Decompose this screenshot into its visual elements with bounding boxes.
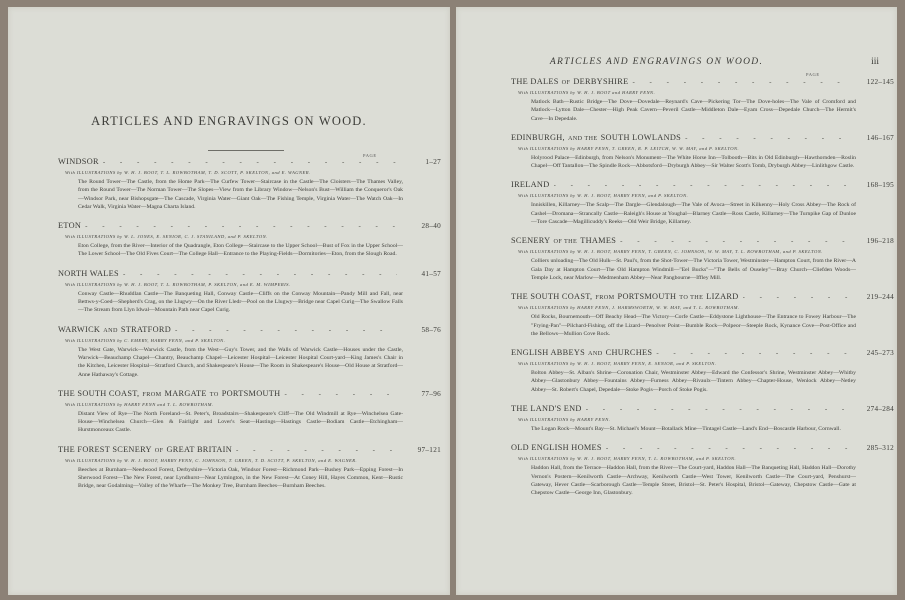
table-of-contents: THE DALES OF DERBYSHIRE - - - - - - - - … bbox=[511, 77, 856, 508]
toc-entry: THE DALES OF DERBYSHIRE - - - - - - - - … bbox=[511, 77, 856, 123]
entry-title: EDINBURGH, bbox=[511, 133, 565, 142]
engravings-list: Distant View of Rye—The North Foreland—S… bbox=[78, 410, 403, 435]
entry-title-connector: FROM bbox=[595, 294, 614, 301]
entry-title-connector: AND bbox=[588, 350, 603, 357]
illustrators-line: With ILLUSTRATIONS by HARRY FENN, J. HAR… bbox=[518, 304, 856, 312]
left-page: ARTICLES AND ENGRAVINGS ON WOOD. PAGE WI… bbox=[8, 7, 450, 595]
folio-number: iii bbox=[871, 57, 879, 67]
entry-title-continued: LIZARD bbox=[706, 292, 738, 301]
entry-heading: WARWICK AND STRATFORD - - - - - - - - - … bbox=[58, 325, 403, 336]
entry-title-connector: AND THE bbox=[568, 135, 598, 142]
engravings-list: Colliers unloading—The Old Hulk—St. Paul… bbox=[531, 257, 856, 282]
entry-title-continued: PORTSMOUTH bbox=[618, 292, 677, 301]
entry-heading: EDINBURGH, AND THE SOUTH LOWLANDS - - - … bbox=[511, 133, 856, 144]
illustrators-line: With ILLUSTRATIONS by HARRY FENN, T. GRE… bbox=[518, 145, 856, 153]
entry-heading: ENGLISH ABBEYS AND CHURCHES - - - - - - … bbox=[511, 348, 856, 359]
dot-leader: - - - - - - - - - - - - - - - - - - - - … bbox=[123, 270, 397, 278]
entry-title: IRELAND bbox=[511, 180, 550, 189]
engravings-list: Beeches at Burnham—Needwood Forest, Derb… bbox=[78, 466, 403, 491]
entry-title-connector: TO THE bbox=[679, 294, 703, 301]
dot-leader: - - - - - - - - - - - - - - - - - - - - … bbox=[175, 326, 397, 334]
entry-title-continued: PORTSMOUTH bbox=[222, 389, 281, 398]
entry-heading: THE SOUTH COAST, FROM PORTSMOUTH TO THE … bbox=[511, 292, 856, 303]
page-range: 146–167 bbox=[854, 134, 894, 142]
right-page: ARTICLES AND ENGRAVINGS ON WOOD. iii PAG… bbox=[456, 7, 897, 595]
toc-entry: WARWICK AND STRATFORD - - - - - - - - - … bbox=[58, 325, 403, 379]
entry-title: WINDSOR bbox=[58, 157, 99, 166]
dot-leader: - - - - - - - - - - - - - - - - - - - - … bbox=[656, 349, 850, 357]
entry-title-continued: SOUTH LOWLANDS bbox=[601, 133, 681, 142]
entry-title: THE LAND'S END bbox=[511, 404, 582, 413]
entry-title: OLD ENGLISH HOMES bbox=[511, 443, 602, 452]
entry-title-connector: TO bbox=[210, 391, 219, 398]
dot-leader: - - - - - - - - - - - - - - - - - - - - … bbox=[620, 237, 850, 245]
table-of-contents: WINDSOR - - - - - - - - - - - - - - - - … bbox=[58, 157, 403, 501]
engravings-list: Old Rocks, Bournemouth—Off Beachy Head—T… bbox=[531, 313, 856, 338]
engravings-list: The Round Tower—The Castle, from the Hom… bbox=[78, 178, 403, 211]
entry-title-continued: CHURCHES bbox=[606, 348, 653, 357]
toc-entry: ENGLISH ABBEYS AND CHURCHES - - - - - - … bbox=[511, 348, 856, 394]
entry-heading: OLD ENGLISH HOMES - - - - - - - - - - - … bbox=[511, 443, 856, 454]
engravings-list: Haddon Hall, from the Terrace—Haddon Hal… bbox=[531, 464, 856, 497]
illustrators-line: With ILLUSTRATIONS by HARRY FENN and T. … bbox=[65, 401, 403, 409]
page-range: 41–57 bbox=[401, 270, 441, 278]
toc-entry: EDINBURGH, AND THE SOUTH LOWLANDS - - - … bbox=[511, 133, 856, 171]
illustrators-line: With ILLUSTRATIONS by W. H. J. BOOT, HAR… bbox=[65, 457, 403, 465]
entry-title-continued: DERBYSHIRE bbox=[573, 77, 628, 86]
toc-entry: WINDSOR - - - - - - - - - - - - - - - - … bbox=[58, 157, 403, 211]
illustrators-line: With ILLUSTRATIONS by W. H. J. BOOT and … bbox=[518, 89, 856, 97]
entry-title-connector: FROM bbox=[142, 391, 161, 398]
engravings-list: Matlock Bath—Rustic Bridge—The Dove—Dove… bbox=[531, 98, 856, 123]
entry-heading: ETON - - - - - - - - - - - - - - - - - -… bbox=[58, 221, 403, 232]
illustrators-line: With ILLUSTRATIONS by HARRY FENN. bbox=[518, 416, 856, 424]
entry-title-continued: MARGATE bbox=[165, 389, 207, 398]
engravings-list: Holyrood Palace—Edinburgh, from Nelson's… bbox=[531, 154, 856, 171]
toc-entry: NORTH WALES - - - - - - - - - - - - - - … bbox=[58, 269, 403, 315]
toc-entry: THE SOUTH COAST, FROM MARGATE TO PORTSMO… bbox=[58, 389, 403, 435]
entry-heading: NORTH WALES - - - - - - - - - - - - - - … bbox=[58, 269, 403, 280]
entry-title-continued: GREAT BRITAIN bbox=[166, 445, 232, 454]
entry-heading: THE LAND'S END - - - - - - - - - - - - -… bbox=[511, 404, 856, 415]
page-range: 274–284 bbox=[854, 405, 894, 413]
toc-entry: THE LAND'S END - - - - - - - - - - - - -… bbox=[511, 404, 856, 433]
entry-heading: THE DALES OF DERBYSHIRE - - - - - - - - … bbox=[511, 77, 856, 88]
entry-heading: IRELAND - - - - - - - - - - - - - - - - … bbox=[511, 180, 856, 191]
engravings-list: Bolton Abbey—St. Alban's Shrine—Coronati… bbox=[531, 369, 856, 394]
entry-heading: WINDSOR - - - - - - - - - - - - - - - - … bbox=[58, 157, 403, 168]
toc-entry: THE SOUTH COAST, FROM PORTSMOUTH TO THE … bbox=[511, 292, 856, 338]
page-range: 1–27 bbox=[401, 158, 441, 166]
illustrators-line: With ILLUSTRATIONS by W. H. J. BOOT, HAR… bbox=[518, 248, 856, 256]
toc-entry: OLD ENGLISH HOMES - - - - - - - - - - - … bbox=[511, 443, 856, 497]
page-range: 168–195 bbox=[854, 181, 894, 189]
dot-leader: - - - - - - - - - - - - - - - - - - - - … bbox=[103, 158, 397, 166]
running-head: ARTICLES AND ENGRAVINGS ON WOOD. bbox=[456, 57, 857, 67]
entry-heading: THE FOREST SCENERY OF GREAT BRITAIN - - … bbox=[58, 445, 403, 456]
page-range: 58–76 bbox=[401, 326, 441, 334]
illustrators-line: With ILLUSTRATIONS by W. H. J. BOOT, HAR… bbox=[518, 192, 856, 200]
entry-title: THE DALES bbox=[511, 77, 559, 86]
dot-leader: - - - - - - - - - - - - - - - - - - - - … bbox=[632, 78, 850, 86]
page-title: ARTICLES AND ENGRAVINGS ON WOOD. bbox=[8, 114, 450, 129]
page-range: 245–273 bbox=[854, 349, 894, 357]
entry-title: WARWICK bbox=[58, 325, 100, 334]
entry-title-connector: OF bbox=[155, 447, 164, 454]
entry-title-connector: AND bbox=[103, 327, 118, 334]
entry-heading: SCENERY OF THE THAMES - - - - - - - - - … bbox=[511, 236, 856, 247]
dot-leader: - - - - - - - - - - - - - - - - - - - - … bbox=[586, 405, 850, 413]
page-range: 97–121 bbox=[401, 446, 441, 454]
page-range: 285–312 bbox=[854, 444, 894, 452]
illustrators-line: With ILLUSTRATIONS by W. H. J. BOOT, T. … bbox=[65, 169, 403, 177]
dot-leader: - - - - - - - - - - - - - - - - - - - - … bbox=[606, 444, 850, 452]
entry-title-continued: STRATFORD bbox=[121, 325, 171, 334]
dot-leader: - - - - - - - - - - - - - - - - - - - - … bbox=[685, 134, 850, 142]
toc-entry: IRELAND - - - - - - - - - - - - - - - - … bbox=[511, 180, 856, 226]
engravings-list: Inniskillen, Killarney—The Scalp—The Dar… bbox=[531, 201, 856, 226]
dot-leader: - - - - - - - - - - - - - - - - - - - - … bbox=[284, 390, 397, 398]
entry-title-continued: THAMES bbox=[580, 236, 616, 245]
page-range: 28–40 bbox=[401, 222, 441, 230]
dot-leader: - - - - - - - - - - - - - - - - - - - - … bbox=[85, 222, 397, 230]
dot-leader: - - - - - - - - - - - - - - - - - - - - … bbox=[236, 446, 397, 454]
entry-title: NORTH WALES bbox=[58, 269, 119, 278]
entry-heading: THE SOUTH COAST, FROM MARGATE TO PORTSMO… bbox=[58, 389, 403, 400]
engravings-list: Eton College, from the River—Interior of… bbox=[78, 242, 403, 259]
page-range: 77–96 bbox=[401, 390, 441, 398]
illustrators-line: With ILLUSTRATIONS by W. H. J. BOOT, T. … bbox=[65, 281, 403, 289]
engravings-list: The West Gate, Warwick—Warwick Castle, f… bbox=[78, 346, 403, 379]
toc-entry: THE FOREST SCENERY OF GREAT BRITAIN - - … bbox=[58, 445, 403, 491]
dot-leader: - - - - - - - - - - - - - - - - - - - - … bbox=[743, 293, 850, 301]
dot-leader: - - - - - - - - - - - - - - - - - - - - … bbox=[554, 181, 850, 189]
entry-title-connector: OF bbox=[562, 79, 571, 86]
title-rule bbox=[208, 150, 284, 151]
engravings-list: The Logan Rock—Mount's Bay—St. Michael's… bbox=[531, 425, 856, 433]
entry-title: ETON bbox=[58, 221, 81, 230]
entry-title-connector: OF THE bbox=[553, 238, 577, 245]
page-range: 219–244 bbox=[854, 293, 894, 301]
page-range: 122–145 bbox=[854, 78, 894, 86]
illustrators-line: With ILLUSTRATIONS by C. EMERY, HARRY FE… bbox=[65, 337, 403, 345]
entry-title: SCENERY bbox=[511, 236, 550, 245]
entry-title: THE SOUTH COAST, bbox=[511, 292, 592, 301]
engravings-list: Conway Castle—Rhuddlan Castle—The Banque… bbox=[78, 290, 403, 315]
entry-title: THE FOREST SCENERY bbox=[58, 445, 152, 454]
toc-entry: SCENERY OF THE THAMES - - - - - - - - - … bbox=[511, 236, 856, 282]
illustrators-line: With ILLUSTRATIONS by W. H. J. BOOT, HAR… bbox=[518, 455, 856, 463]
illustrators-line: With ILLUSTRATIONS by W. H. J. BOOT, HAR… bbox=[518, 360, 856, 368]
toc-entry: ETON - - - - - - - - - - - - - - - - - -… bbox=[58, 221, 403, 259]
entry-title: THE SOUTH COAST, bbox=[58, 389, 139, 398]
page-range: 196–218 bbox=[854, 237, 894, 245]
illustrators-line: With ILLUSTRATIONS by W. L. JONES, E. SE… bbox=[65, 233, 403, 241]
entry-title: ENGLISH ABBEYS bbox=[511, 348, 585, 357]
